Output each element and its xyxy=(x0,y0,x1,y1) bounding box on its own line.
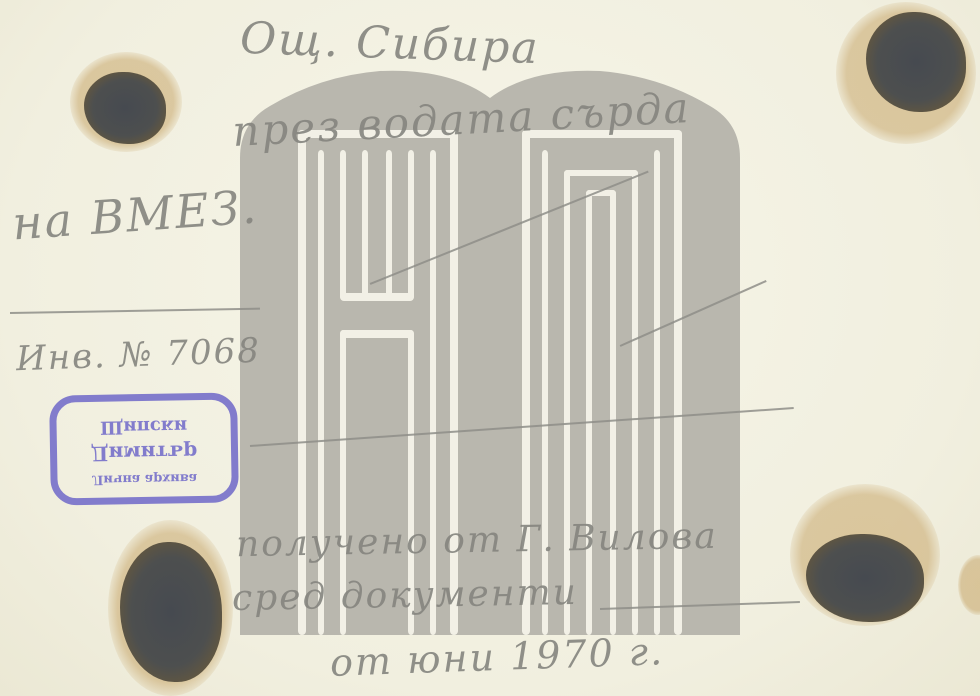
archive-stamp: Димитър Щипски Лична архива xyxy=(49,392,239,505)
stain-bottom-right xyxy=(790,484,940,626)
photo-reverse: Ощ. Сибира през водата сърда на ВМЕЗ. Ин… xyxy=(0,0,980,696)
pencil-divider-left xyxy=(10,308,260,314)
stamp-line-3: Лична архива xyxy=(57,469,231,487)
stamp-line-2: Щипски xyxy=(56,414,230,438)
handwriting-line1: Ощ. Сибира xyxy=(239,13,540,74)
handwriting-line3: на ВМЕЗ. xyxy=(10,179,259,250)
stain-edge-right xyxy=(958,555,980,615)
stain-bottom-left xyxy=(108,520,233,696)
handwriting-date: от юни 1970 г. xyxy=(329,629,664,685)
stain-top-left xyxy=(70,52,182,152)
inventory-number: Инв. № 7068 xyxy=(15,331,261,380)
stamp-line-1: Димитър xyxy=(57,439,231,466)
stain-top-right xyxy=(836,2,976,144)
handwriting-received-2: сред документи xyxy=(232,572,579,619)
handwriting-received-1: получено от Г. Вилова xyxy=(236,516,718,565)
